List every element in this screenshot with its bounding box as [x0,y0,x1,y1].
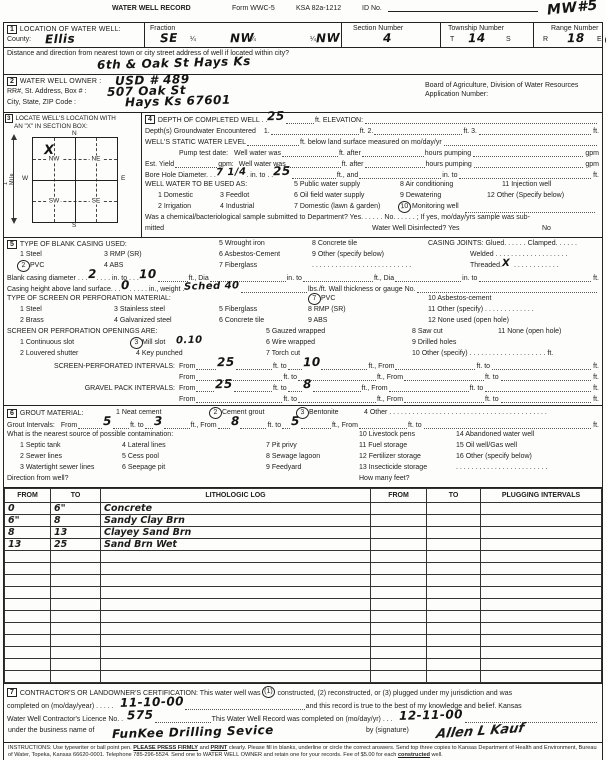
table-row-empty [5,599,602,611]
gpi-ftto2: ft. to [470,385,484,392]
quadrant-ne: NE [89,156,102,163]
plug-desc [481,527,602,539]
township-s: S [506,36,511,43]
col-from-2: FROM [371,489,427,503]
compass-e: E [121,175,125,182]
contam-opt-2: 2 Sewer lines [20,453,62,460]
bore-into-label: . in. to . . [246,172,273,179]
leader [145,421,153,429]
contam-opt-11: 11 Fuel storage [359,442,407,449]
spi-from: From [179,363,195,370]
township-value: 14 [468,31,486,45]
leader [301,421,331,429]
table-row: 13 25 Sand Brn Wet [5,539,602,551]
leader [185,702,305,710]
instructions-print: PRINT [211,745,228,751]
distance-block: Distance and direction from nearest town… [4,47,602,74]
grout-ftfrom: ft., From [191,422,217,429]
openings-opt-1: 1 Continuous slot [20,339,74,346]
leader [282,149,338,157]
log-from: 0 [5,503,51,515]
fraction-3: NW [316,31,341,46]
openings-opt-7: 7 Torch cut [266,350,300,357]
blank-diam-into3: in. to [462,275,477,282]
id-label: ID No. [362,5,382,12]
groundwater-label: Depth(s) Groundwater Encountered [145,128,256,135]
section3-title-2: AN "X" IN SECTION BOX: [14,123,88,130]
leader [247,138,299,146]
table-row-empty [5,635,602,647]
section5-title: TYPE OF BLANK CASING USED: [20,241,127,248]
section3-4-row: 3LOCATE WELL'S LOCATION WITH AN "X" IN S… [4,112,602,237]
gw-3: ft. 3. [463,128,477,135]
leader [362,149,424,157]
log-to: 6" [51,503,101,515]
section4-number: 4 [145,115,155,124]
business-name-label: under the business name of [8,727,94,734]
leader [298,395,376,403]
casing-opt-other-blank: . . . . . . . . . . . . . . . . . . . . … [312,262,411,269]
instructions-text-c: and [198,745,210,751]
section5-number: 5 [7,240,17,249]
plug-to [427,539,481,551]
water-well-record-form: WATER WELL RECORD Form WWC-5 KSA 82a-121… [0,0,606,760]
gpi-to-value: 8 [302,377,311,391]
form-body: 1LOCATION OF WATER WELL: County: Ellis F… [3,22,603,760]
grout-ftto: ft. to [130,422,144,429]
city-value: Hays Ks 67601 [125,93,231,110]
contam-opt-4: 4 Lateral lines [122,442,166,449]
range-e: E [597,36,602,43]
use-opt-1: 1 Domestic [158,192,193,199]
grout-opt-3-label: Bentonite [309,409,339,416]
blank-diam-into: . . . . in. to . . . [96,275,138,282]
section4-well-details: 4 DEPTH OF COMPLETED WELL . . 25 ft. ELE… [142,113,602,237]
table-row-empty [5,671,602,683]
instructions-text-g: well. [430,752,443,758]
leader [417,285,597,293]
gpi-from-value: 25 [215,377,233,391]
casing-height-weight: . . . . . in., weight . [130,286,185,293]
log-desc: Concrete [101,503,371,515]
gpi-ftto: ft. to [273,385,287,392]
table-row: 8 13 Clayey Sand Brn [5,527,602,539]
leader [196,395,282,403]
section1-location-row: 1LOCATION OF WATER WELL: County: Ellis F… [4,23,602,47]
col-lithologic-log: LITHOLOGIC LOG [101,489,371,503]
casing-opt-8: 8 Concrete tile [312,240,357,247]
ft-after-label-2: ft. after [342,161,364,168]
casing-opt-5: 5 Wrought iron [219,240,265,247]
leader [359,171,441,179]
col-plugging-intervals: PLUGGING INTERVALS [481,489,602,503]
cert-text-1b: constructed, (2) reconstructed, or (3) p… [277,690,512,697]
leader [196,362,216,370]
static-level-label-2: ft. below land surface measured on mo/da… [300,139,442,146]
table-header-row: FROM TO LITHOLOGIC LOG FROM TO PLUGGING … [5,489,602,503]
leader [479,127,591,135]
leader [501,395,592,403]
leader [241,285,307,293]
contam-opt-13: 13 Insecticide storage [359,464,427,471]
contam-opt-9: 9 Feedyard [266,464,301,471]
gpi-from: From [179,385,195,392]
section6-title: GROUT MATERIAL: [20,410,84,417]
owner-label: WATER WELL OWNER : [20,78,102,85]
blank-diam-ft: ft. [593,275,599,282]
grout-opt-2-circled: 2 [209,407,223,420]
gpi-label: GRAVEL PACK INTERVALS: [7,385,175,392]
leader [465,205,595,213]
bore-ft-label: ft. [593,172,599,179]
business-name-value: FunKee Drilling Sevice [112,723,274,741]
contam-opt-8: 8 Sewage lagoon [266,453,320,460]
joints-threaded-dots: . . . . . . . . . . . . [514,262,559,269]
bore-diameter-value: 7 1/4 [216,167,247,179]
casing-opt-3: 3 RMP (SR) [104,251,142,258]
table-row-empty [5,587,602,599]
bore-depth-value: 25 [273,164,291,178]
openings-opt-5: 5 Gauzed wrapped [266,328,325,335]
contam-opt-7: 7 Pit privy [266,442,297,449]
screen-material-title: TYPE OF SCREEN OR PERFORATION MATERIAL: [7,295,171,302]
cert-completed-label: completed on (mo/day/year) . . . . . [7,703,114,710]
screen-opt-6: 6 Concrete tile [219,317,264,324]
leader [313,384,361,392]
screen-opt-10: 10 Asbestos-cement [428,295,491,302]
quadrant-se: SE [90,198,103,205]
range-cell: Range Number R 18 E W [533,23,602,47]
leader [196,373,282,381]
blank-diam-value: 2 [87,267,96,281]
leader [389,384,469,392]
grout-ftto2: ft. to [267,422,281,429]
plug-from [371,515,427,527]
contam-opt-14: 14 Abandoned water well [456,431,534,438]
leader [404,373,484,381]
contam-opt-16: 16 Other (specify below) [456,453,532,460]
quadrant-sw: SW [47,198,61,205]
quarter-2: ¼ [250,36,256,43]
leader [365,116,597,124]
spi2-ftfrom: ft., From [377,374,403,381]
casing-opt-6: 6 Asbestos-Cement [219,251,280,258]
section7-number: 7 [7,688,17,697]
contam-opt-1: 1 Septic tank [20,442,60,449]
section3-title-1: LOCATE WELL'S LOCATION WITH [16,115,116,122]
plug-to [427,515,481,527]
log-from: 6" [5,515,51,527]
section-number-label: Section Number [353,25,403,32]
contamination-question: What is the nearest source of possible c… [7,431,173,438]
fraction-cell: Fraction SE ¼ NW ¼ NW ¼ [144,23,341,47]
compass-n: N [72,130,77,137]
screen-opt-7-label: PVC [321,295,335,302]
screen-opt-5: 5 Fiberglass [219,306,257,313]
casing-opt-2-label: PVC [30,262,44,269]
use-opt-9: 9 Dewatering [400,192,441,199]
record-completed-label: This Water Well Record was completed on … [212,716,393,723]
table-row: 0 6" Concrete [5,503,602,515]
leader [288,384,302,392]
use-opt-10-label: Monitoring well [412,203,459,210]
well-location-x-mark: X [44,143,55,158]
table-row-empty [5,659,602,671]
leader [164,421,190,429]
application-number-label: Application Number: [425,91,488,98]
county-label: County: [7,36,31,43]
quarter-1: ¼ [190,36,196,43]
gw-2: ft. 2. [360,128,374,135]
table-row-empty [5,575,602,587]
contam-opt-6: 6 Seepage pit [122,464,165,471]
table-row: 6" 8 Sandy Clay Brn [5,515,602,527]
township-cell: Township Number T 14 S [440,23,533,47]
table-row-empty [5,611,602,623]
contam-opt-10: 10 Livestock pens [359,431,415,438]
table-row-empty [5,563,602,575]
log-desc: Sand Brn Wet [101,539,371,551]
screen-opt-3: 3 Stainless steel [114,306,165,313]
gw-ft: ft. [593,128,599,135]
grout-opt-2-label: Cement grout [222,409,264,416]
mill-slot-value: 0.10 [176,335,203,347]
table-row-empty [5,647,602,659]
casing-opt-1: 1 Steel [20,251,42,258]
col-to-1: TO [51,489,101,503]
gpi2-ft: ft. [593,396,599,403]
leader [196,384,214,392]
screen-opt-8: 8 RMP (SR) [308,306,346,313]
sample-question-2: mitted [145,225,164,232]
city-label: City, State, ZIP Code : [7,99,76,106]
leader [365,160,425,168]
form-title-bar: WATER WELL RECORD Form WWC-5 KSA 82a-121… [0,4,606,18]
casing-height-value: 0 [120,278,129,292]
section-number-cell: Section Number 4 [341,23,440,47]
quarter-divider-h [33,180,117,181]
form-number: Form WWC-5 [232,5,275,12]
gpm-label-2: gpm [585,161,599,168]
plug-desc [481,539,602,551]
spi2-from: From [179,374,195,381]
gpm-label: gpm [585,150,599,157]
form-title: WATER WELL RECORD [112,5,191,12]
lithologic-table-wrap: FROM TO LITHOLOGIC LOG FROM TO PLUGGING … [4,487,602,683]
compass-w: W [22,175,28,182]
section7-certification: 7 CONTRACTOR'S OR LANDOWNER'S CERTIFICAT… [4,683,602,742]
screen-opt-11: 11 Other (specify) . . . . . . . . . . .… [428,306,534,313]
spi-ftfrom: ft., From [368,363,394,370]
openings-title: SCREEN OR PERFORATION OPENINGS ARE: [7,328,157,335]
leader [236,362,272,370]
signature-label: by (signature) [366,727,409,734]
pump-test-label-2: Well water was [234,150,281,157]
hours-pumping-label: hours pumping [425,150,471,157]
plug-desc [481,503,602,515]
spi-label: SCREEN-PERFORATED INTERVALS: [7,363,175,370]
bore-ftand-label: ft., and [337,172,358,179]
leader [359,421,407,429]
log-desc: Sandy Clay Brn [101,515,371,527]
sample-question: Was a chemical/bacteriological sample su… [145,214,530,221]
leader [395,362,475,370]
spi-from-value: 25 [217,355,235,369]
id-blank-line [388,11,538,12]
col-from-1: FROM [5,489,51,503]
leader [404,395,484,403]
grout-ftfrom2: ft., From [332,422,358,429]
one-mile-label: 1 Mile [3,173,15,185]
fraction-1: SE [160,31,178,45]
leader [465,715,597,723]
use-opt-11: 11 Injection well [502,181,551,188]
casing-opt-9: 9 Other (specify below) [312,251,384,258]
grout-intervals-label: Grout Intervals: [7,422,55,429]
address-label: RR#, St. Address, Box # : [7,88,86,95]
signature-scribble: Allen L Kauf [435,721,526,742]
section1-number: 1 [7,25,17,34]
log-from: 8 [5,527,51,539]
log-to: 25 [51,539,101,551]
openings-opt-6: 6 Wire wrapped [266,339,315,346]
screen-opt-4: 4 Galvanized steel [114,317,172,324]
disinfected-no: No [542,225,551,232]
screen-opt-7-circled: 7 [308,293,322,306]
casing-height-label: Casing height above land surface. . . [7,286,121,293]
blank-diam-depth: 10 [139,267,157,281]
leader [282,421,290,429]
use-opt-3: 3 Feedlot [220,192,249,199]
leader [444,138,597,146]
pump-test-label: Pump test date: [179,150,228,157]
leader [485,384,591,392]
leader [155,715,211,723]
grout-v3: 8 [230,414,239,428]
section2-number: 2 [7,77,17,86]
leader [113,421,129,429]
distance-value: 6th & Oak St Hays Ks [97,54,251,72]
range-r: R [543,36,548,43]
openings-opt-2: 2 Louvered shutter [20,350,78,357]
direction-from-well: Direction from well? [7,475,68,482]
bore-hole-label: Bore Hole Diameter. . . [145,172,216,179]
contam-opt-5: 5 Cess pool [122,453,159,460]
leader [395,274,461,282]
leader [218,421,230,429]
plug-from [371,503,427,515]
leader [501,373,592,381]
leader [321,362,367,370]
leader [474,160,584,168]
log-from: 13 [5,539,51,551]
section6-number: 6 [7,409,17,418]
est-yield-label: Est. Yield [145,161,174,168]
contam-opt-3: 3 Watertight sewer lines [20,464,94,471]
gpi2-ftto: ft. to [283,396,297,403]
leader [287,160,341,168]
leader [424,421,592,429]
leader [374,127,462,135]
joints-welded: Welded . . . . . . . . . . . . . . . . .… [470,251,568,258]
spi2-ftto2: ft. to [485,374,499,381]
licence-number: 575 [127,708,154,723]
plug-from [371,527,427,539]
table-row-empty [5,551,602,563]
ft-after-label: ft. after [339,150,361,157]
screen-opt-2: 2 Brass [20,317,44,324]
leader [473,149,583,157]
screen-opt-12: 12 None used (open hole) [428,317,509,324]
use-opt-10-circled: 10 [398,201,412,214]
casing-opt-2-circled: 2 [17,260,31,273]
contam-opt-12: 12 Fertilizer storage [359,453,421,460]
lithologic-table: FROM TO LITHOLOGIC LOG FROM TO PLUGGING … [4,488,602,683]
gw-1: 1. [264,128,270,135]
section5-casing: 5TYPE OF BLANK CASING USED: 5 Wrought ir… [4,237,602,405]
instructions-block: INSTRUCTIONS: Use typewriter or ball poi… [4,742,602,760]
instructions-press-firmly: PLEASE PRESS FIRMLY [133,745,198,751]
spi2-ft: ft. [593,374,599,381]
grout-v2: 3 [154,414,163,428]
instructions-text-a: INSTRUCTIONS: Use typewriter or ball poi… [8,745,133,751]
spi-ftto: ft. to [273,363,287,370]
cert-constructed-circled: (1) [262,686,276,699]
hours-pumping-label-2: hours pumping [426,161,472,168]
blank-diam-ftdia2: ft., Dia [374,275,394,282]
col-to-2: TO [427,489,481,503]
depth-label: DEPTH OF COMPLETED WELL . . [158,117,267,124]
township-t: T [450,36,454,43]
use-opt-4: 4 Industrial [220,203,254,210]
grout-v1: 5 [103,414,112,428]
leader [292,171,336,179]
leader [175,160,217,168]
section-number-value: 4 [383,31,392,45]
static-level-label: WELL'S STATIC WATER LEVEL [145,139,246,146]
plug-desc [481,515,602,527]
grout-from: From [61,422,77,429]
plug-to [427,527,481,539]
casing-weight-value: Sched 40 [184,280,240,292]
grout-opt-4: 4 Other . . . . . . . . . . . . . . . . … [364,409,547,416]
grout-ftto3: ft. to [408,422,422,429]
county-cell: 1LOCATION OF WATER WELL: County: Ellis [4,23,144,47]
table-row-empty [5,623,602,635]
leader [271,127,359,135]
use-opt-5: 5 Public water supply [294,181,360,188]
use-opt-12: 12 Other (Specify below) [487,192,564,199]
openings-opt-10: 10 Other (specify) . . . . . . . . . . .… [412,350,553,357]
spi2-ftto: ft. to [283,374,297,381]
openings-opt-4: 4 Key punched [136,350,183,357]
depth-value: 25 [267,109,285,123]
screen-opt-9: 9 ABS [308,317,327,324]
contam-other-blank: . . . . . . . . . . . . . . . . . . . . … [456,464,547,471]
bore-into2-label: in. to [442,172,457,179]
gpi2-ftfrom: ft., From [377,396,403,403]
leader [78,421,102,429]
screen-opt-1: 1 Steel [20,306,42,313]
log-desc: Clayey Sand Brn [101,527,371,539]
county-value: Ellis [45,32,76,47]
blank-diam-label: Blank casing diameter . . . [7,275,88,282]
licence-label: Water Well Contractor's Licence No. . [7,716,123,723]
use-opt-7: 7 Domestic (lawn & garden) [294,203,380,210]
section3-locate-box: 3LOCATE WELL'S LOCATION WITH AN "X" IN S… [4,113,142,237]
use-title: WELL WATER TO BE USED AS: [145,181,247,188]
casing-lbs-label: lbs./ft. Wall thickness or gauge No. [308,286,416,293]
